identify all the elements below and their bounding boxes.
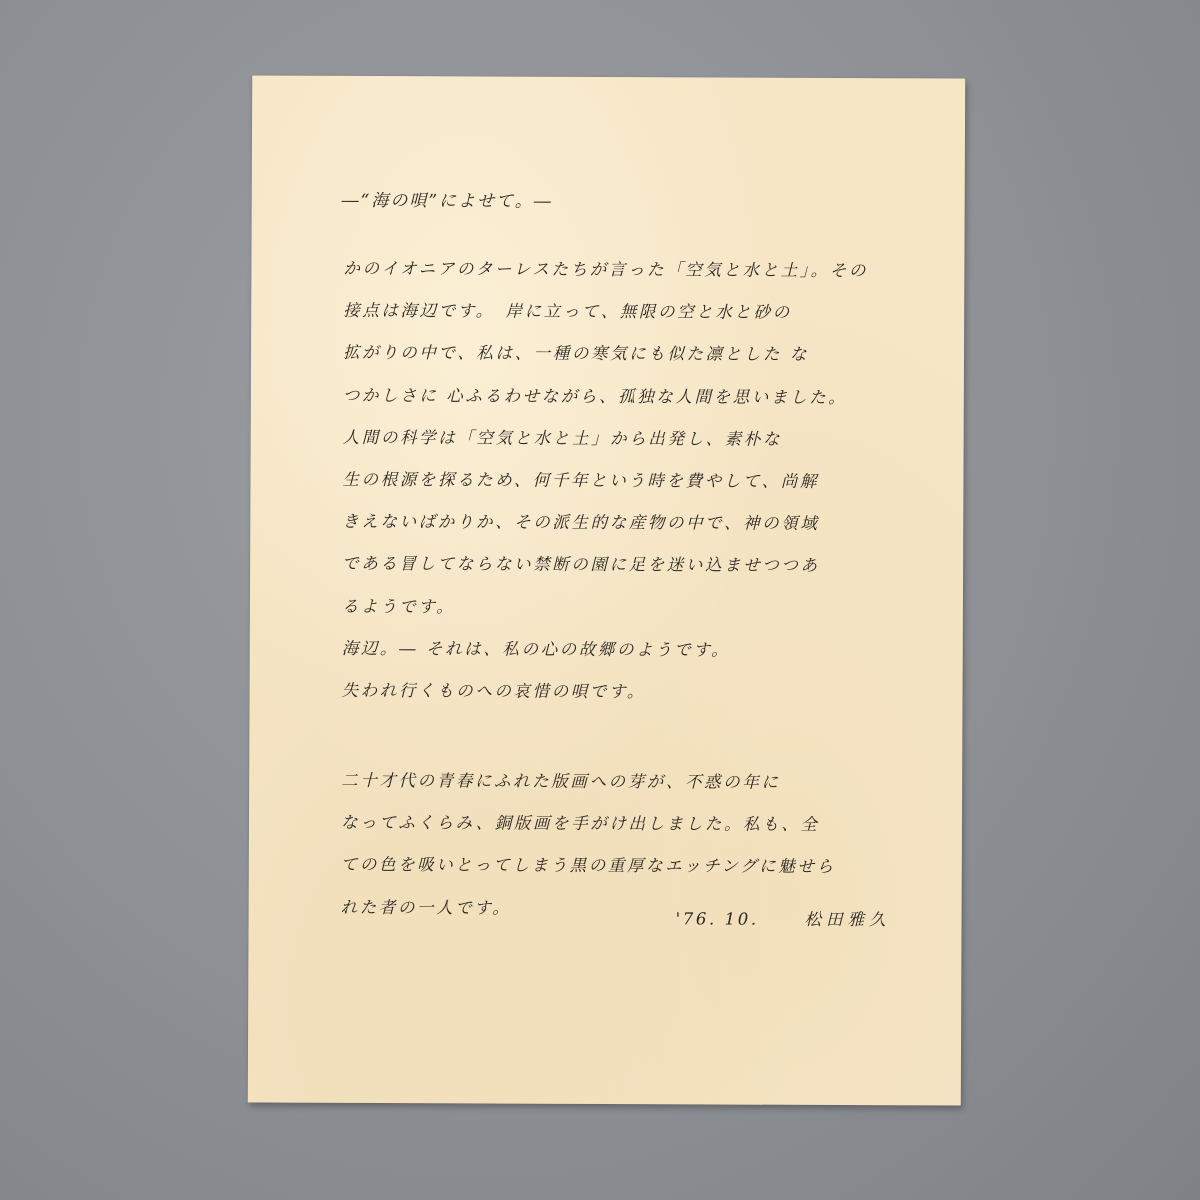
text-line: 二十才代の青春にふれた版画への芽が、不惑の年に [341, 760, 901, 805]
text-line: つかしさに 心ふるわせながら、孤独な人間を思いました。 [343, 374, 903, 419]
letter-sheet: ―“海の唄”によせて。― かのイオニアのターレスたちが言った「空気と水と土」。そ… [248, 75, 965, 1105]
author-signature: 松田雅久 [805, 910, 891, 929]
letter-body: ―“海の唄”によせて。― かのイオニアのターレスたちが言った「空気と水と土」。そ… [341, 186, 904, 931]
text-line: るようです。 [342, 585, 902, 630]
letter-date: '76. 10. [676, 909, 759, 928]
text-line: 生の根源を探るため、何千年という時を費やして、尚解 [342, 459, 902, 504]
text-line: なってふくらみ、銅版画を手がけ出しました。私も、全 [341, 802, 901, 847]
text-line: 接点は海辺です。 岸に立って、無限の空と水と砂の [343, 290, 903, 335]
paragraph-gap [341, 712, 901, 762]
text-line: 人間の科学は「空気と水と土」から出発し、素朴な [343, 417, 903, 462]
text-line: ての色を吸いとってしまう黒の重厚なエッチングに魅せら [341, 844, 901, 889]
signature-row: '76. 10. 松田雅久 [340, 898, 900, 940]
text-line: 拡がりの中で、私は、一種の寒気にも似た凛とした な [343, 332, 903, 377]
text-line: である冒してならない禁断の園に足を迷い込ませつつあ [342, 543, 902, 588]
text-line: きえないばかりか、その派生的な産物の中で、神の領域 [342, 501, 902, 546]
text-line: 海辺。― それは、私の心の故郷のようです。 [342, 628, 902, 673]
letter-title: ―“海の唄”によせて。― [342, 186, 904, 218]
text-line: かのイオニアのターレスたちが言った「空気と水と土」。その [343, 248, 903, 293]
text-line: 失われ行くものへの哀惜の唄です。 [341, 670, 901, 715]
paragraph-1: かのイオニアのターレスたちが言った「空気と水と土」。その 接点は海辺です。 岸に… [341, 248, 903, 715]
